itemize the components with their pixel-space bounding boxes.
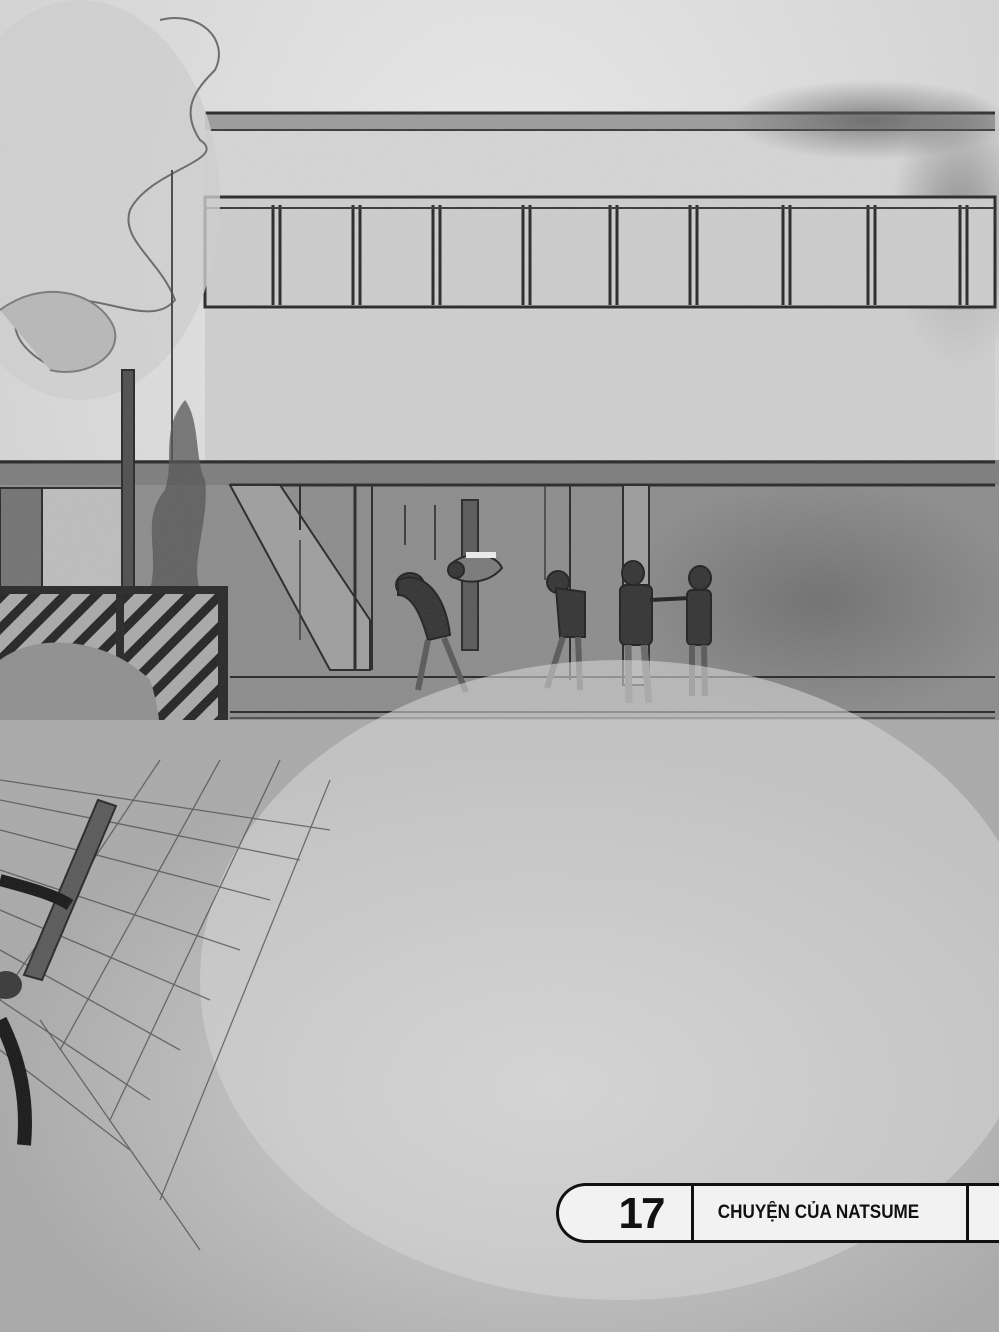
manga-illustration	[0, 0, 999, 1332]
chapter-divider	[691, 1183, 694, 1243]
chapter-title: CHUYỆN CỦA NATSUME	[706, 1191, 931, 1235]
chapter-number: 17	[596, 1189, 686, 1239]
chapter-divider-right	[966, 1183, 969, 1243]
chapter-label: 17 CHUYỆN CỦA NATSUME	[556, 1183, 999, 1249]
